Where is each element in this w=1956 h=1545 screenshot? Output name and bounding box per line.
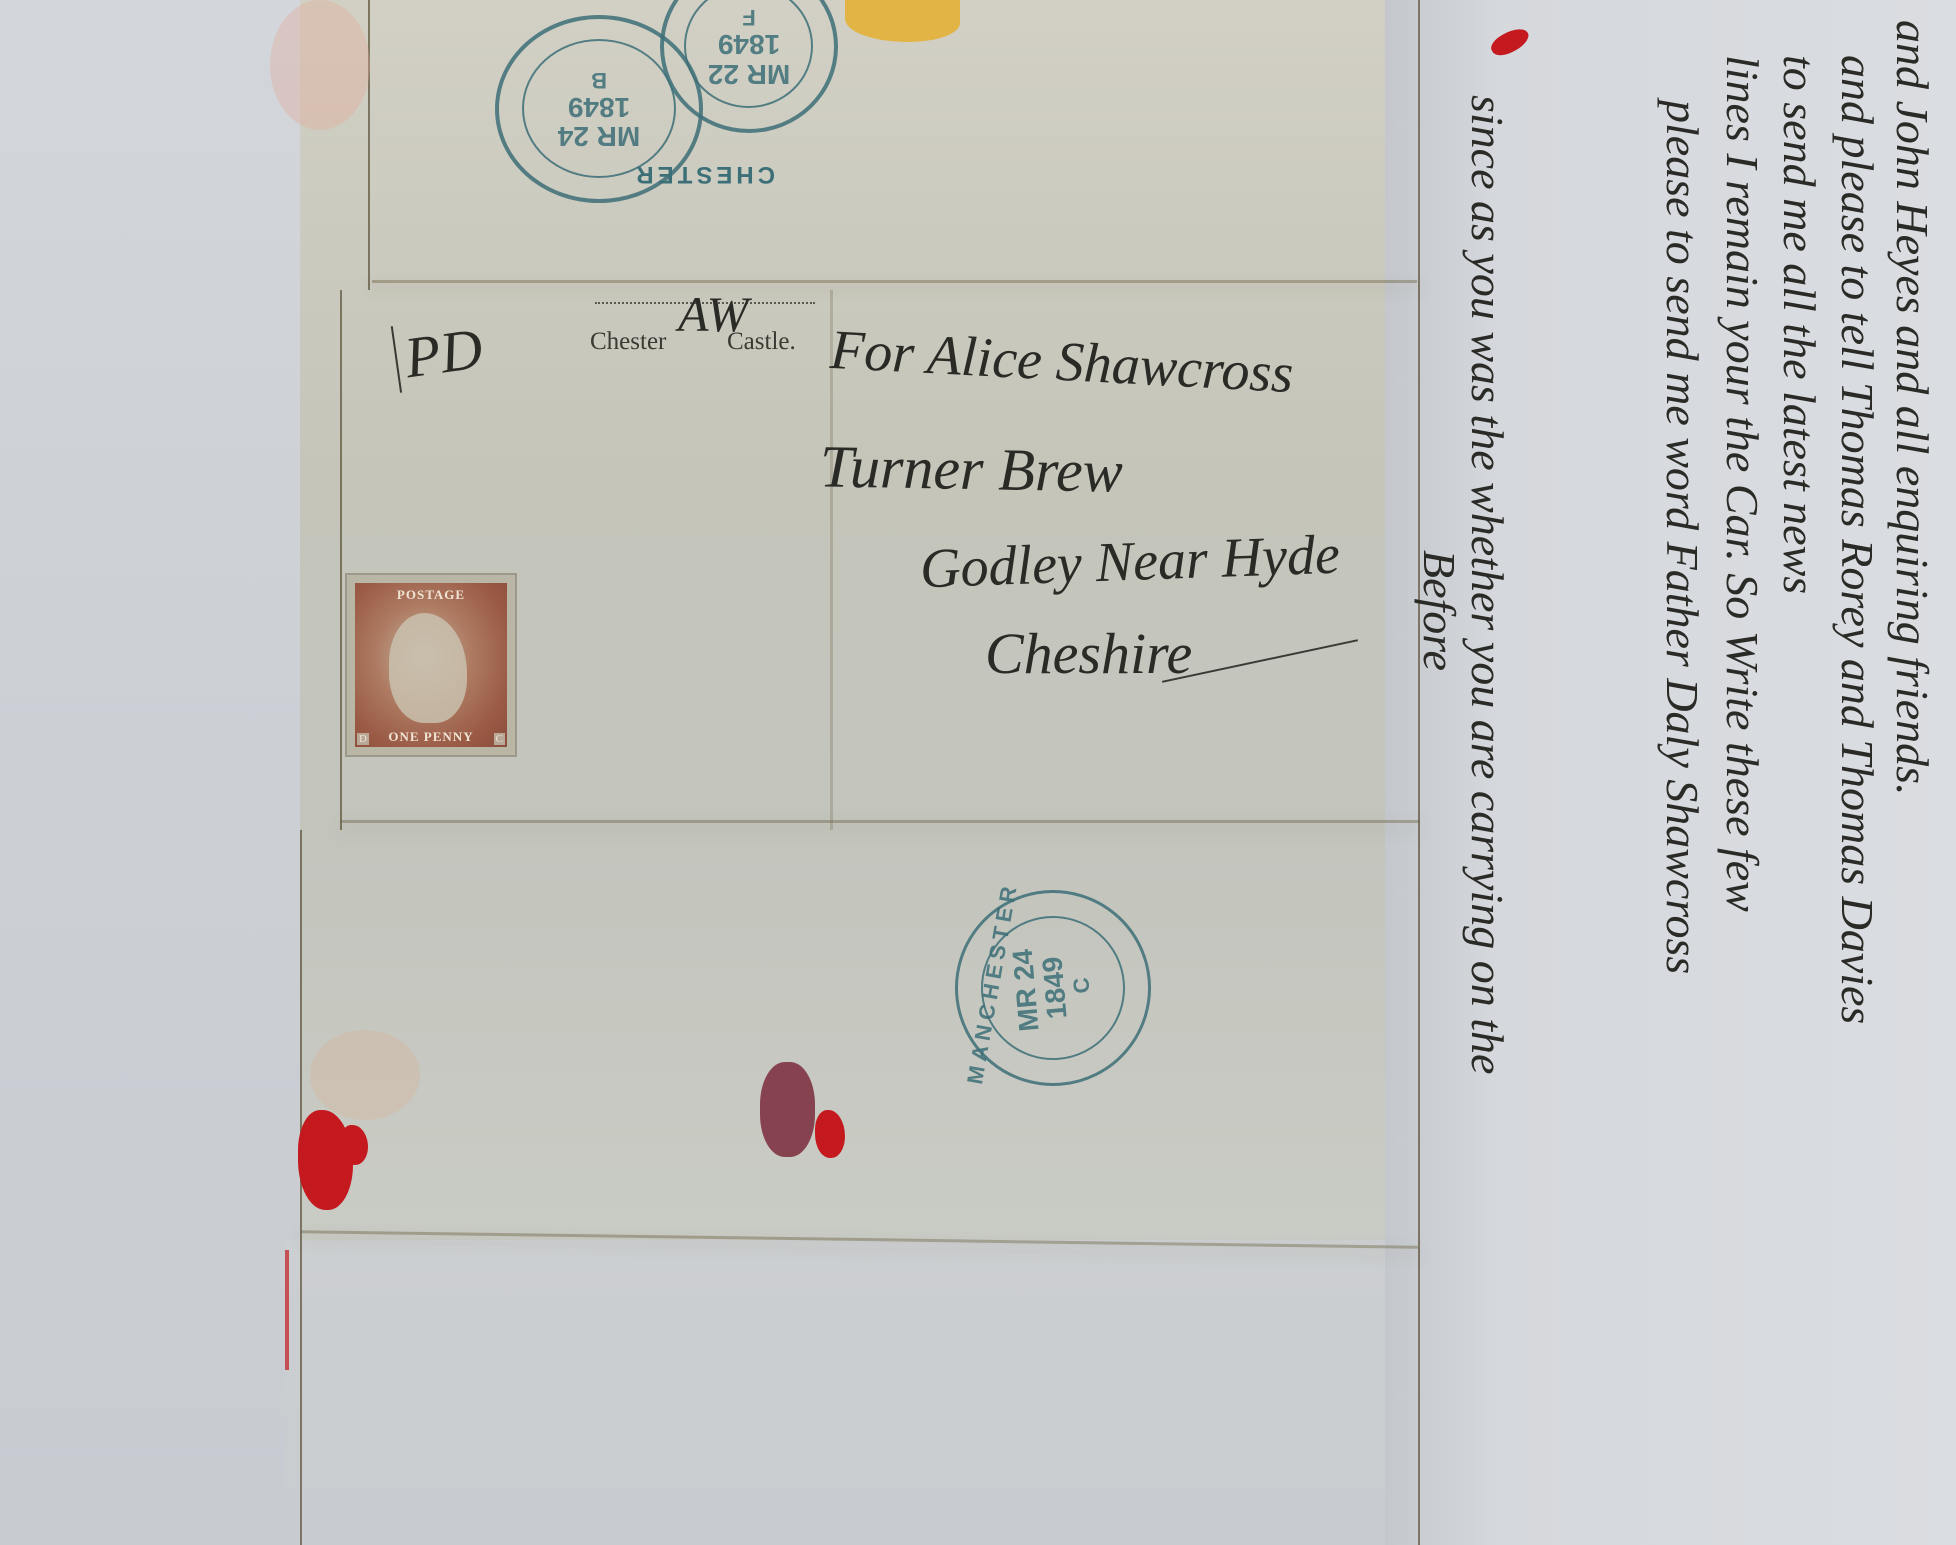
letter-line-1: and John Heyes and all enquiring friends… [1889,20,1935,796]
queen-victoria-profile-icon [389,613,467,723]
left-page-edge [340,290,342,830]
fold-crease [340,820,1420,823]
letter-line-2: and please to tell Thomas Rorey and Thom… [1834,55,1880,1024]
paper-stain [310,1030,420,1120]
paper-stain [270,0,370,130]
stamp-corner-letter-left: D [357,733,369,745]
penny-red-stamp: POSTAGE ONE PENNY D C [345,573,517,757]
right-page-edge [1418,0,1420,1545]
lower-fold-panel [285,1240,1395,1545]
address-line-2: Turner Brew [819,432,1123,506]
letter-line-3: to send me all the latest news [1776,55,1822,594]
left-page-edge [368,0,370,290]
wax-residue [760,1062,815,1157]
fold-crease [372,280,1417,283]
address-line-4: Cheshire [985,620,1192,687]
printed-heading-right: Castle. [727,328,796,356]
paid-mark: PD [391,314,487,393]
letter-line-6: since as you was the whether you are car… [1464,95,1510,1074]
letter-line-7: Before [1416,550,1462,671]
printed-heading-left: Chester [590,328,666,356]
stamp-top-label: POSTAGE [355,587,507,603]
postmark-chester-town: CHESTER [575,160,775,188]
stamp-corner-letter-right: C [494,733,505,745]
stamp-face: POSTAGE ONE PENNY D C [355,583,507,747]
stamp-bottom-label: ONE PENNY [355,729,507,745]
red-wax-seal [340,1125,368,1165]
letter-line-4: lines I remain your the Car. So Write th… [1719,55,1765,912]
wax-trace [285,1250,289,1370]
letter-line-5: please to send me word Father Daly Shawc… [1659,100,1705,974]
